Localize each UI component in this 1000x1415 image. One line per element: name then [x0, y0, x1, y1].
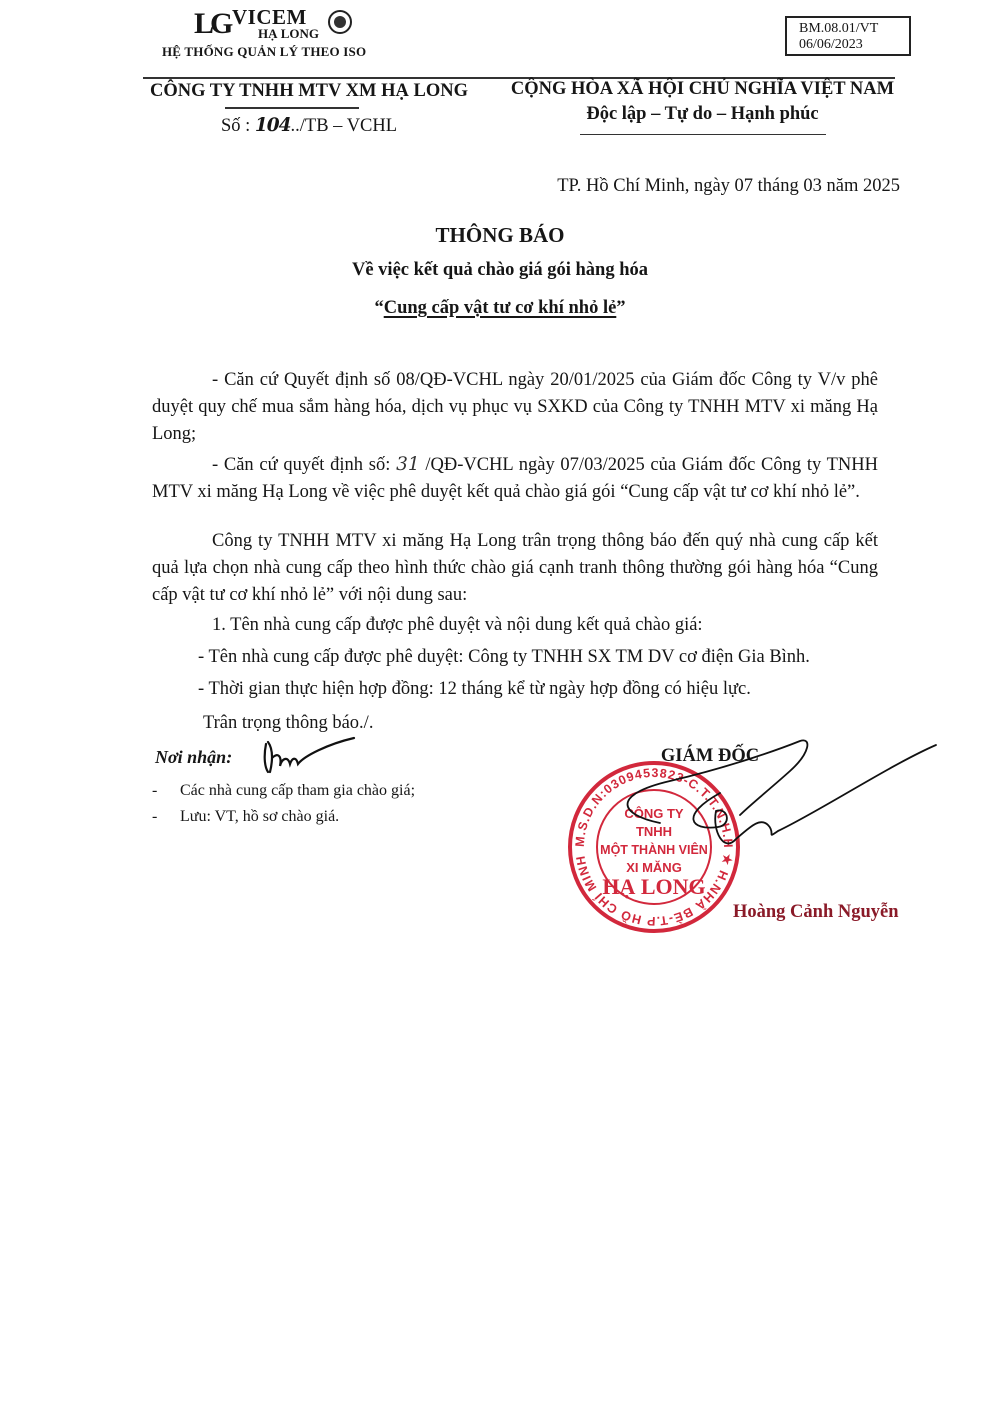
- vicem-emblem-icon: [328, 10, 352, 34]
- open-quote: “: [374, 298, 383, 318]
- p2-before: - Căn cứ quyết định số:: [212, 455, 396, 475]
- recipients-list: -Các nhà cung cấp tham gia chào giá; -Lư…: [152, 778, 415, 830]
- logo-brand: VICEM: [232, 6, 307, 28]
- recipients-label: Nơi nhận:: [155, 745, 232, 769]
- lg-logo-mark: LG: [194, 6, 229, 42]
- result-heading: 1. Tên nhà cung cấp được phê duyệt và nộ…: [212, 612, 703, 638]
- form-code-box: BM.08.01/VT 06/06/2023: [785, 16, 911, 56]
- company-logo: LG VICEM HẠ LONG HỆ THỐNG QUẢN LÝ THEO I…: [150, 4, 390, 64]
- national-motto: Độc lập – Tự do – Hạnh phúc: [505, 102, 900, 126]
- issuing-company: CÔNG TY TNHH MTV XM HẠ LONG: [144, 79, 474, 103]
- close-quote: ”: [616, 298, 625, 318]
- decision-number-handwritten: 31: [396, 454, 420, 475]
- logo-tagline: HỆ THỐNG QUẢN LÝ THEO ISO: [162, 44, 366, 60]
- signer-name: Hoàng Cảnh Nguyễn: [733, 900, 899, 924]
- place-date: TP. Hồ Chí Minh, ngày 07 tháng 03 năm 20…: [430, 174, 900, 198]
- recipient-item: -Các nhà cung cấp tham gia chào giá;: [152, 778, 415, 804]
- paragraph-legal-basis-1: - Căn cứ Quyết định số 08/QĐ-VCHL ngày 2…: [152, 367, 878, 448]
- closing-remark: Trân trọng thông báo./.: [203, 710, 373, 736]
- company-underline: [225, 107, 359, 109]
- package-name: “Cung cấp vật tư cơ khí nhỏ lẻ”: [300, 296, 700, 320]
- paragraph-legal-basis-2: - Căn cứ quyết định số: 31 /QĐ-VCHL ngày…: [152, 451, 878, 506]
- motto-underline: [580, 134, 826, 135]
- logo-subbrand: HẠ LONG: [258, 26, 319, 41]
- document-number-prefix: Số :: [221, 116, 255, 136]
- paragraph-announcement: Công ty TNHH MTV xi măng Hạ Long trân tr…: [152, 528, 878, 609]
- document-title: THÔNG BÁO: [300, 222, 700, 248]
- form-code-date: 06/06/2023: [799, 37, 909, 53]
- form-code: BM.08.01/VT: [799, 21, 909, 37]
- contract-duration: - Thời gian thực hiện hợp đồng: 12 tháng…: [198, 676, 751, 702]
- initials-signature-icon: [258, 734, 358, 778]
- national-title: CỘNG HÒA XÃ HỘI CHỦ NGHĨA VIỆT NAM: [505, 77, 900, 101]
- package-name-text: Cung cấp vật tư cơ khí nhỏ lẻ: [384, 298, 617, 318]
- approved-supplier: - Tên nhà cung cấp được phê duyệt: Công …: [198, 644, 810, 670]
- document-number-suffix: ../TB – VCHL: [291, 116, 398, 136]
- document-subtitle: Về việc kết quả chào giá gói hàng hóa: [300, 258, 700, 282]
- document-number-handwritten: 104: [255, 115, 291, 136]
- recipient-item: -Lưu: VT, hồ sơ chào giá.: [152, 804, 415, 830]
- document-number: Số : 104../TB – VCHL: [144, 114, 474, 138]
- director-signature-icon: [600, 735, 940, 885]
